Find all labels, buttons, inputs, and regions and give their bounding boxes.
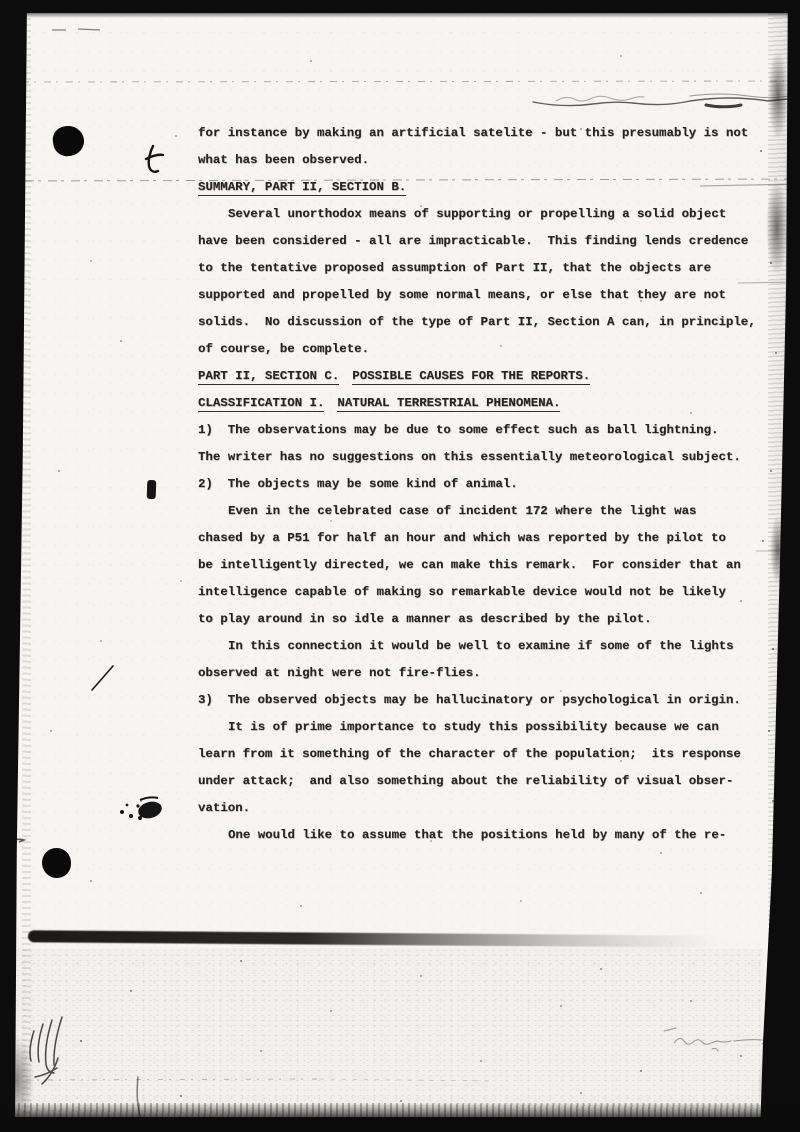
handwritten-tick-mark: [146, 146, 163, 172]
heading-text: NATURAL TERRESTRIAL PHENOMENA.: [337, 396, 560, 412]
top-left-dashes: [52, 29, 100, 30]
typed-line: Several unorthodox means of supporting o…: [198, 201, 776, 228]
typed-line: supported and propelled by some normal m…: [198, 282, 776, 309]
photocopy-smudge-band: [28, 930, 722, 947]
typed-line: intelligence capable of making so remark…: [198, 579, 776, 606]
heading-text: POSSIBLE CAUSES FOR THE REPORTS.: [352, 369, 590, 385]
typed-line: have been considered - all are impractic…: [198, 228, 776, 255]
typed-line: It is of prime importance to study this …: [198, 714, 776, 741]
typed-line: to play around in so idle a manner as de…: [198, 606, 776, 633]
section-heading: PART II, SECTION C.POSSIBLE CAUSES FOR T…: [198, 363, 776, 390]
typed-line: 3) The observed objects may be hallucina…: [198, 687, 776, 714]
typed-line: The writer has no suggestions on this es…: [198, 444, 776, 471]
typed-line: 1) The observations may be due to some e…: [198, 417, 776, 444]
scratch-marks-top-right: [533, 94, 798, 107]
typed-line: observed at night were not fire-flies.: [198, 660, 776, 687]
typed-line: for instance by making an artificial sat…: [198, 120, 776, 147]
heading-text: CLASSIFICATION I.: [198, 396, 324, 412]
scan-border-bottom: [0, 1117, 800, 1132]
typed-line: In this connection it would be well to e…: [198, 633, 776, 660]
typed-line: vation.: [198, 795, 776, 822]
typed-line: to the tentative proposed assumption of …: [198, 255, 776, 282]
heading-text: SUMMARY, PART II, SECTION B.: [198, 180, 406, 196]
typed-line: One would like to assume that the positi…: [198, 822, 776, 849]
scanned-page: for instance by making an artificial sat…: [0, 0, 800, 1132]
margin-ink-mark: [147, 480, 157, 499]
hole-punch-bottom: [42, 848, 71, 878]
margin-slash-mark: [92, 666, 113, 690]
typed-text-block: for instance by making an artificial sat…: [198, 120, 776, 849]
typed-line: be intelligently directed, we can make t…: [198, 552, 776, 579]
typed-line: what has been observed.: [198, 147, 776, 174]
section-heading: SUMMARY, PART II, SECTION B.: [198, 174, 776, 201]
typed-line: of course, be complete.: [198, 336, 776, 363]
hole-punch-top: [51, 124, 86, 158]
typed-line: solids. No discussion of the type of Par…: [198, 309, 776, 336]
typed-line: under attack; and also something about t…: [198, 768, 776, 795]
ink-blob-cluster: [120, 797, 164, 820]
photocopy-texture-lower: [14, 948, 764, 1116]
typed-line: 2) The objects may be some kind of anima…: [198, 471, 776, 498]
typed-line: chased by a P51 for half an hour and whi…: [198, 525, 776, 552]
scan-border-top: [0, 0, 800, 13]
typed-line: learn from it something of the character…: [198, 741, 776, 768]
typed-line: Even in the celebrated case of incident …: [198, 498, 776, 525]
heading-text: PART II, SECTION C.: [198, 369, 339, 385]
section-heading: CLASSIFICATION I.NATURAL TERRESTRIAL PHE…: [198, 390, 776, 417]
